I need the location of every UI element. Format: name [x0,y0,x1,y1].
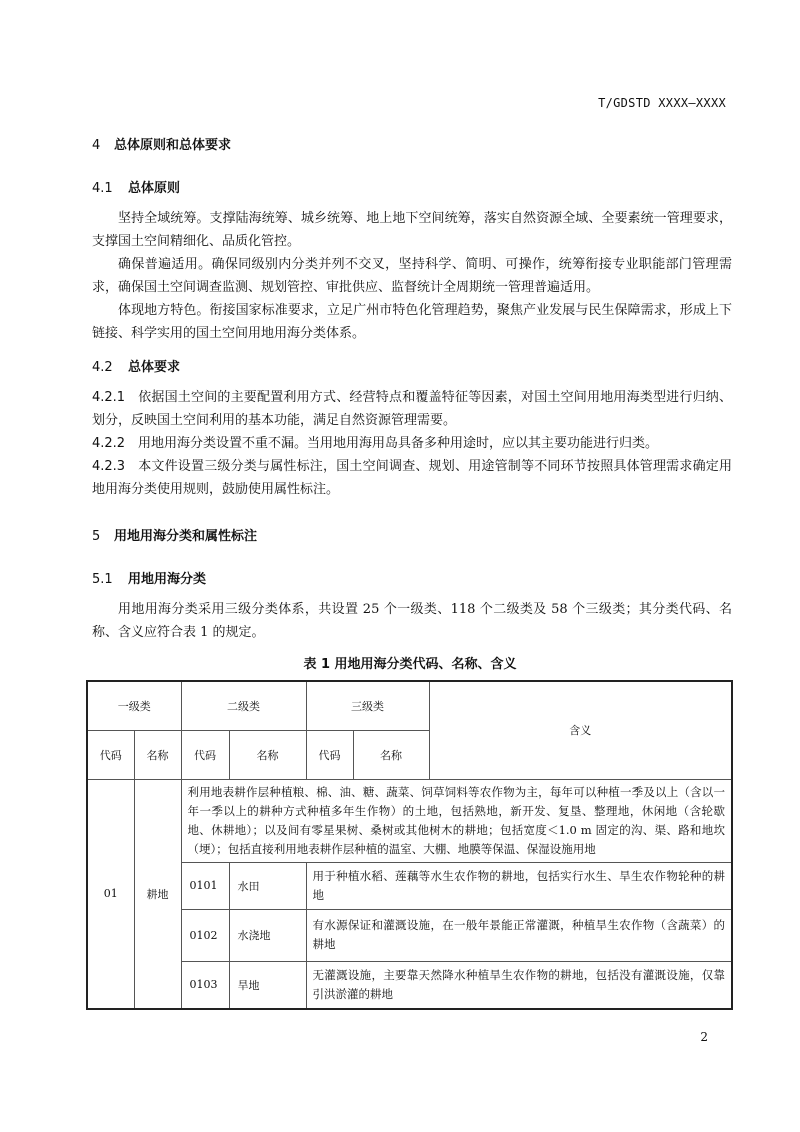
header-row-groups: 一级类 二级类 三级类 含义 [87,681,732,730]
section-title: 总体原则和总体要求 [114,138,231,153]
section-number: 4.1 [92,181,128,196]
paragraph-classification: 用地用海分类采用三级分类体系，共设置 25 个一级类、118 个二级类及 58 … [92,598,732,644]
level2-name: 旱地 [229,961,306,1009]
header-level2-code: 代码 [181,730,229,779]
standard-code: T/GDSTD XXXX—XXXX [598,96,726,110]
clause-number: 4.2.1 [92,386,138,409]
header-level2-name: 名称 [229,730,306,779]
section-4-1-heading: 4.1总体原则 [92,177,180,196]
level1-description: 利用地表耕作层种植粮、棉、油、糖、蔬菜、饲草饲料等农作物为主，每年可以种植一季及… [181,779,732,862]
level2-description: 有水源保证和灌溉设施，在一般年景能正常灌溉，种植旱生农作物（含蔬菜）的耕地 [306,909,732,961]
level2-code: 0101 [181,862,229,909]
clause-text: 用地用海分类设置不重不漏。当用地用海用岛具备多种用途时，应以其主要功能进行归类。 [138,436,658,451]
level2-name: 水浇地 [229,909,306,961]
header-level3-name: 名称 [353,730,429,779]
header-level1-code: 代码 [87,730,134,779]
clause-4-2-3: 4.2.3本文件设置三级分类与属性标注，国土空间调查、规划、用途管制等不同环节按… [92,455,732,501]
paragraph-principle-1: 坚持全域统筹。支撑陆海统筹、城乡统筹、地上地下空间统筹，落实自然资源全域、全要素… [92,207,732,253]
header-level1: 一级类 [87,681,181,730]
clause-4-2-2: 4.2.2用地用海分类设置不重不漏。当用地用海用岛具备多种用途时，应以其主要功能… [92,432,732,455]
paragraph-principle-2: 确保普遍适用。确保同级别内分类并列不交叉，坚持科学、简明、可操作，统筹衔接专业职… [92,253,732,299]
section-title: 用地用海分类 [128,572,206,587]
header-level3: 三级类 [306,681,429,730]
header-level3-code: 代码 [306,730,353,779]
level2-name: 水田 [229,862,306,909]
section-4-2-heading: 4.2总体要求 [92,356,180,375]
section-title: 总体原则 [128,181,180,196]
clause-number: 4.2.2 [92,432,138,455]
header-meaning: 含义 [429,681,732,779]
level2-code: 0102 [181,909,229,961]
clause-text: 本文件设置三级分类与属性标注，国土空间调查、规划、用途管制等不同环节按照具体管理… [92,459,732,497]
section-number: 5 [92,529,114,544]
header-level2: 二级类 [181,681,306,730]
table-row-level1: 01 耕地 利用地表耕作层种植粮、棉、油、糖、蔬菜、饲草饲料等农作物为主，每年可… [87,779,732,862]
paragraph-principle-3: 体现地方特色。衔接国家标准要求，立足广州市特色化管理趋势，聚焦产业发展与民生保障… [92,299,732,345]
level2-code: 0103 [181,961,229,1009]
section-5-heading: 5用地用海分类和属性标注 [92,525,257,544]
clause-text: 依据国土空间的主要配置利用方式、经营特点和覆盖特征等因素，对国土空间用地用海类型… [92,390,732,428]
header-level1-name: 名称 [134,730,181,779]
table-row: 0102 水浇地 有水源保证和灌溉设施，在一般年景能正常灌溉，种植旱生农作物（含… [87,909,732,961]
section-number: 4.2 [92,360,128,375]
section-title: 总体要求 [128,360,180,375]
clause-4-2-1: 4.2.1依据国土空间的主要配置利用方式、经营特点和覆盖特征等因素，对国土空间用… [92,386,732,432]
section-title: 用地用海分类和属性标注 [114,529,257,544]
section-number: 4 [92,138,114,153]
table-caption: 表 1 用地用海分类代码、名称、含义 [0,653,800,672]
section-4-heading: 4总体原则和总体要求 [92,134,231,153]
level2-description: 无灌溉设施，主要靠天然降水种植旱生农作物的耕地，包括没有灌溉设施，仅靠引洪淤灌的… [306,961,732,1009]
table-row: 0101 水田 用于种植水稻、莲藕等水生农作物的耕地，包括实行水生、旱生农作物轮… [87,862,732,909]
level1-code: 01 [87,779,134,1009]
section-5-1-heading: 5.1用地用海分类 [92,568,206,587]
page-number: 2 [700,1030,708,1044]
classification-table: 一级类 二级类 三级类 含义 代码 名称 代码 名称 代码 名称 01 耕地 利… [86,680,733,1010]
level1-name: 耕地 [134,779,181,1009]
clause-number: 4.2.3 [92,455,138,478]
table-row: 0103 旱地 无灌溉设施，主要靠天然降水种植旱生农作物的耕地，包括没有灌溉设施… [87,961,732,1009]
section-number: 5.1 [92,572,128,587]
level2-description: 用于种植水稻、莲藕等水生农作物的耕地，包括实行水生、旱生农作物轮种的耕地 [306,862,732,909]
